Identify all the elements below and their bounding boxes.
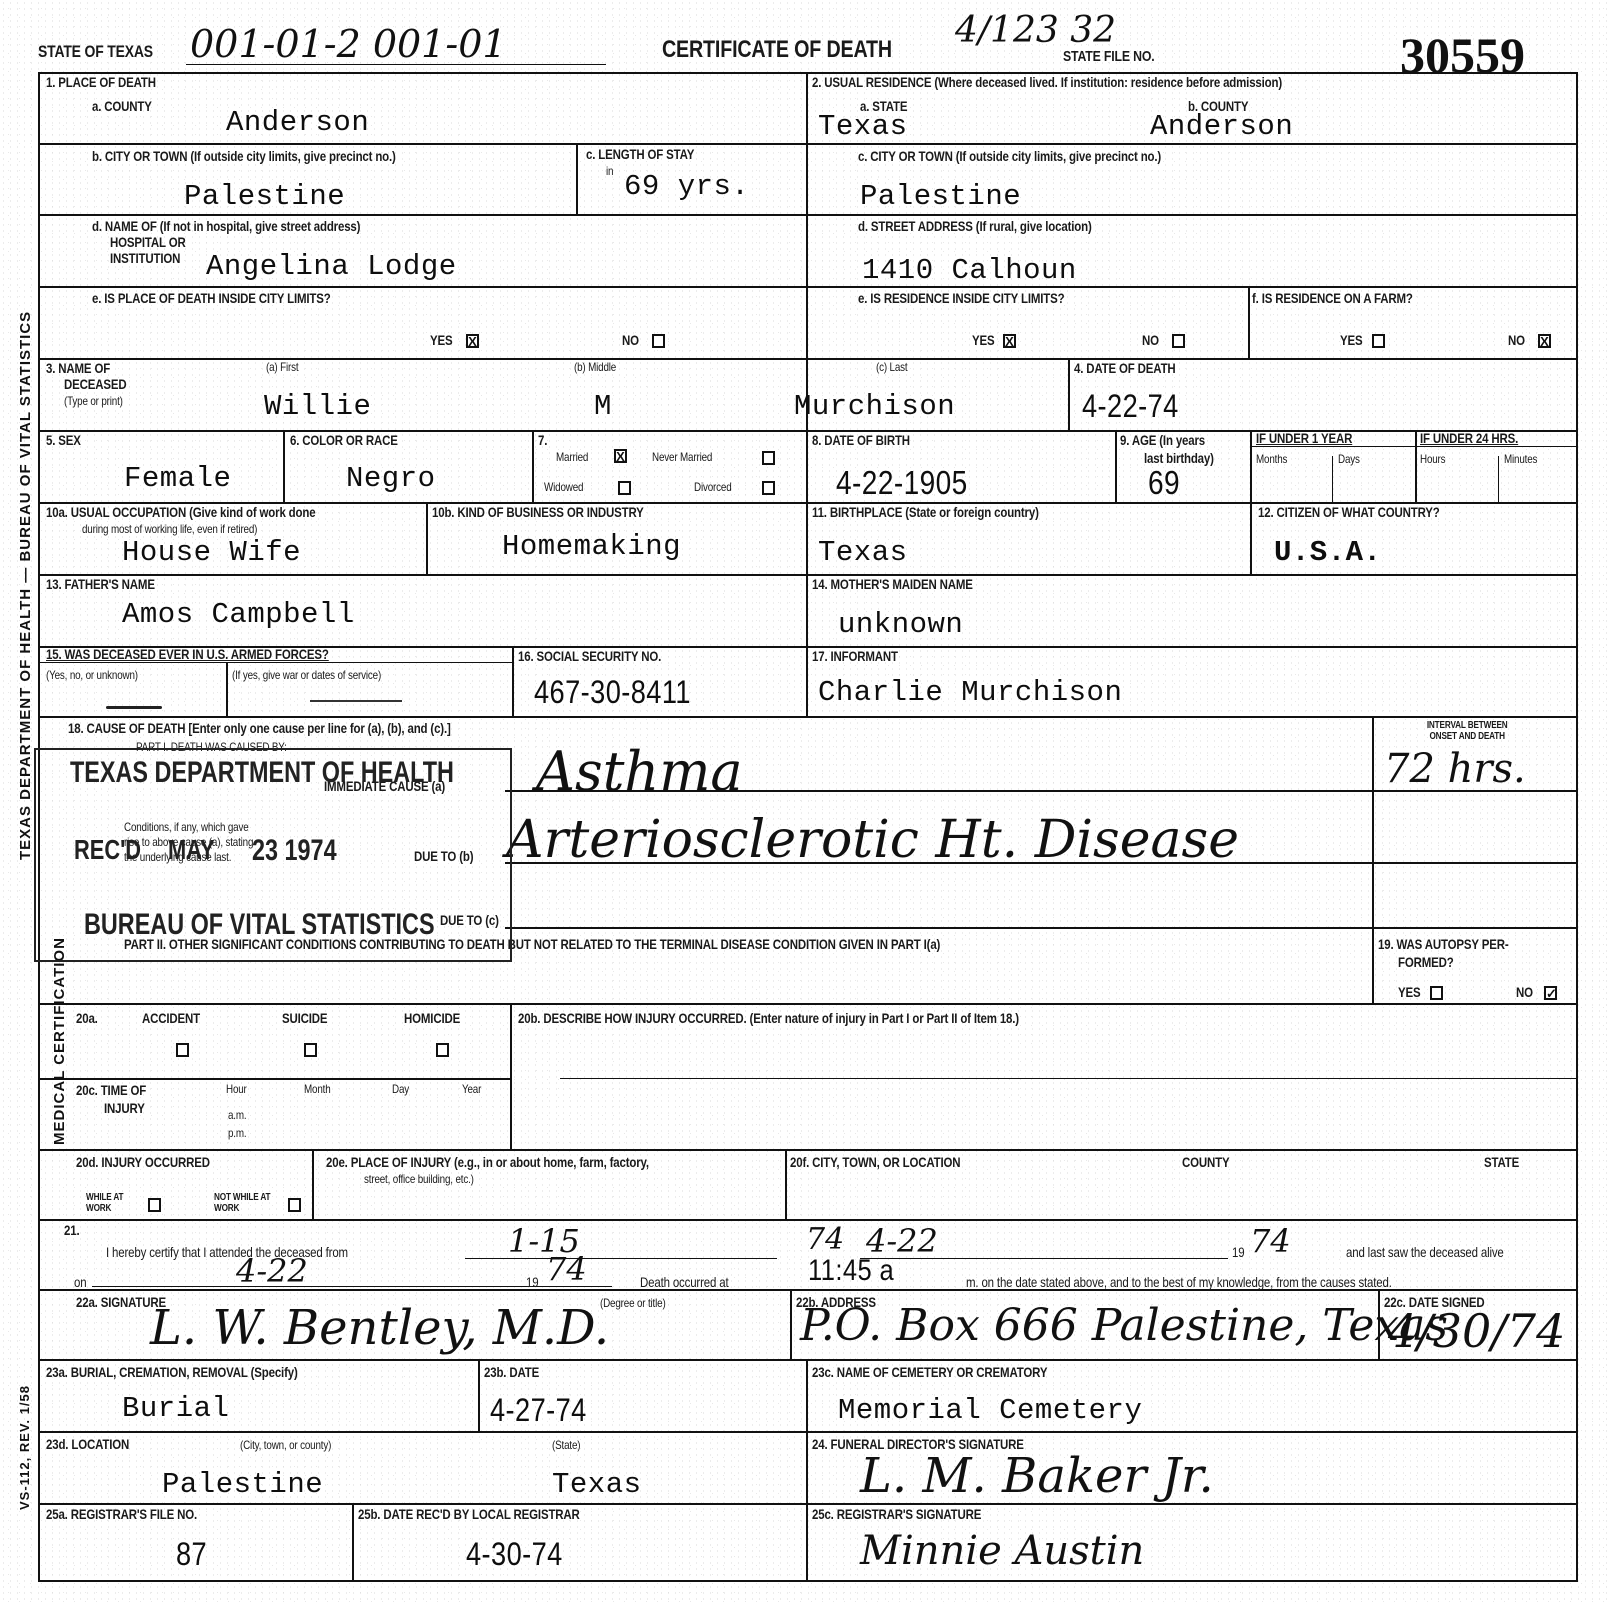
injury-state-label: STATE	[1484, 1154, 1519, 1170]
location-city-value[interactable]: Palestine	[162, 1468, 323, 1501]
never-married-checkbox[interactable]	[762, 451, 775, 465]
length-of-stay-in: in	[606, 164, 613, 178]
father-name-value[interactable]: Amos Campbell	[122, 598, 355, 631]
registrar-date-label: 25b. DATE REC'D BY LOCAL REGISTRAR	[358, 1506, 580, 1522]
married-label: Married	[556, 450, 588, 464]
year-label: Year	[462, 1082, 481, 1096]
first-name-value[interactable]: Willie	[264, 390, 371, 423]
injury-place-label-2: street, office building, etc.)	[364, 1172, 474, 1186]
residence-state-value[interactable]: Texas	[818, 110, 908, 143]
attended-from-year[interactable]: 74	[806, 1222, 844, 1257]
armed-forces-sub-2: (If yes, give war or dates of service)	[232, 668, 381, 682]
residence-farm-yes-label: YES	[1340, 332, 1362, 348]
location-city-label: (City, town, or county)	[240, 1438, 331, 1452]
residence-inside-city-yes-label: YES	[972, 332, 994, 348]
widowed-label: Widowed	[544, 480, 583, 494]
residence-farm-no-checkbox[interactable]: X	[1538, 334, 1551, 348]
certification-text-2: and last saw the deceased alive	[1346, 1244, 1504, 1260]
death-time-label: Death occurred at	[640, 1274, 728, 1290]
autopsy-no-checkbox[interactable]: ✓	[1544, 986, 1557, 1000]
registrar-signature[interactable]: Minnie Austin	[860, 1528, 1144, 1574]
days-label: Days	[1338, 452, 1360, 466]
divorced-label: Divorced	[694, 480, 732, 494]
stamp-line-3: BUREAU OF VITAL STATISTICS	[84, 908, 435, 942]
state-label: STATE OF TEXAS	[38, 42, 153, 62]
last-seen-year[interactable]: 74	[546, 1250, 587, 1288]
minutes-label: Minutes	[1504, 452, 1537, 466]
race-label: 6. COLOR OR RACE	[290, 432, 398, 448]
interval-label: INTERVAL BETWEEN ONSET AND DEATH	[1418, 720, 1516, 742]
death-city-value[interactable]: Palestine	[184, 180, 345, 213]
cemetery-label: 23c. NAME OF CEMETERY OR CREMATORY	[812, 1364, 1047, 1380]
informant-value[interactable]: Charlie Murchison	[818, 676, 1122, 709]
residence-farm-label: f. IS RESIDENCE ON A FARM?	[1252, 290, 1413, 306]
last-name-label: (c) Last	[876, 360, 908, 374]
due-to-b-value[interactable]: Arteriosclerotic Ht. Disease	[506, 810, 1239, 870]
father-name-label: 13. FATHER'S NAME	[46, 576, 155, 592]
death-inside-city-no-label: NO	[622, 332, 639, 348]
residence-inside-city-label: e. IS RESIDENCE INSIDE CITY LIMITS?	[858, 290, 1064, 306]
birthplace-label: 11. BIRTHPLACE (State or foreign country…	[812, 504, 1039, 520]
residence-farm-yes-checkbox[interactable]	[1372, 334, 1385, 348]
under-one-year-label: IF UNDER 1 YEAR	[1256, 430, 1352, 446]
on-label: on	[74, 1274, 86, 1290]
deceased-name-label: 3. NAME OF	[46, 360, 110, 376]
date-of-birth-label: 8. DATE OF BIRTH	[812, 432, 910, 448]
month-label: Month	[304, 1082, 331, 1096]
birthplace-value[interactable]: Texas	[818, 536, 908, 569]
middle-name-label: (b) Middle	[574, 360, 616, 374]
immediate-cause-value[interactable]: Asthma	[536, 740, 743, 803]
residence-street-label: d. STREET ADDRESS (If rural, give locati…	[858, 218, 1092, 234]
disposition-value[interactable]: Burial	[122, 1392, 229, 1425]
under-24-hours-label: IF UNDER 24 HRS.	[1420, 430, 1518, 446]
institution-label-3: INSTITUTION	[110, 250, 180, 266]
cause-of-death-label: 18. CAUSE OF DEATH [Enter only one cause…	[68, 720, 451, 736]
death-county-value[interactable]: Anderson	[226, 106, 369, 139]
last-name-value[interactable]: Murchison	[794, 390, 955, 423]
stamp-line-2-date: 23 1974	[252, 834, 337, 868]
while-at-work-checkbox[interactable]	[148, 1198, 161, 1212]
date-signed-value[interactable]: 4/30/74	[1388, 1304, 1565, 1358]
armed-forces-label: 15. WAS DECEASED EVER IN U.S. ARMED FORC…	[46, 646, 329, 662]
residence-county-value[interactable]: Anderson	[1150, 110, 1293, 143]
first-name-label: (a) First	[266, 360, 298, 374]
middle-name-value[interactable]: M	[594, 390, 612, 423]
divorced-checkbox[interactable]	[762, 481, 775, 495]
armed-forces-sub-1: (Yes, no, or unknown)	[46, 668, 138, 682]
am-label: a.m.	[228, 1108, 246, 1122]
degree-label: (Degree or title)	[600, 1296, 666, 1310]
residence-inside-city-no-label: NO	[1142, 332, 1159, 348]
registrar-signature-label: 25c. REGISTRAR'S SIGNATURE	[812, 1506, 981, 1522]
age-value[interactable]: 69	[1148, 464, 1180, 502]
while-at-work-label: WHILE AT WORK	[86, 1192, 137, 1214]
sex-value[interactable]: Female	[124, 462, 231, 495]
interval-value[interactable]: 72 hrs.	[1384, 746, 1526, 792]
certification-text-3: m. on the date stated above, and to the …	[966, 1274, 1392, 1290]
death-inside-city-no-checkbox[interactable]	[652, 334, 665, 348]
homicide-label: HOMICIDE	[404, 1010, 460, 1026]
accident-label: ACCIDENT	[142, 1010, 200, 1026]
last-seen-year-prefix: 19	[526, 1274, 538, 1290]
race-value[interactable]: Negro	[346, 462, 436, 495]
injury-type-label: 20a.	[76, 1010, 98, 1026]
widowed-checkbox[interactable]	[618, 481, 631, 495]
death-time-value[interactable]: 11:45 a	[808, 1254, 894, 1288]
institution-value[interactable]: Angelina Lodge	[206, 250, 457, 283]
attended-to-year[interactable]: 74	[1250, 1222, 1291, 1260]
residence-label: 2. USUAL RESIDENCE (Where deceased lived…	[812, 74, 1282, 90]
certificate-title: CERTIFICATE OF DEATH	[662, 36, 892, 64]
informant-label: 17. INFORMANT	[812, 648, 898, 664]
not-while-at-work-checkbox[interactable]	[288, 1198, 301, 1212]
hour-label: Hour	[226, 1082, 247, 1096]
death-inside-city-yes-checkbox[interactable]: X	[466, 334, 479, 348]
residence-inside-city-yes-checkbox[interactable]: X	[1003, 334, 1016, 348]
never-married-label: Never Married	[652, 450, 712, 464]
death-inside-city-label: e. IS PLACE OF DEATH INSIDE CITY LIMITS?	[92, 290, 331, 306]
institution-label: d. NAME OF (If not in hospital, give str…	[92, 218, 360, 234]
injury-place-label: 20e. PLACE OF INJURY (e.g., in or about …	[326, 1154, 649, 1170]
cemetery-value[interactable]: Memorial Cemetery	[838, 1394, 1142, 1427]
autopsy-no-label: NO	[1516, 984, 1533, 1000]
citizen-value[interactable]: U.S.A.	[1274, 536, 1381, 569]
certification-text-1: I hereby certify that I attended the dec…	[106, 1244, 348, 1260]
homicide-checkbox[interactable]	[436, 1043, 449, 1057]
suicide-checkbox[interactable]	[304, 1043, 317, 1057]
mother-name-value[interactable]: unknown	[838, 608, 963, 641]
funeral-director-signature[interactable]: L. M. Baker Jr.	[860, 1448, 1214, 1504]
registrar-file-value[interactable]: 87	[176, 1536, 207, 1573]
ssn-label: 16. SOCIAL SECURITY NO.	[518, 648, 661, 664]
day-label: Day	[392, 1082, 409, 1096]
certification-number-label: 21.	[64, 1222, 79, 1238]
to-year-prefix: 19	[1232, 1244, 1244, 1260]
married-checkbox[interactable]: X	[614, 449, 627, 463]
registrar-date-value[interactable]: 4-30-74	[466, 1536, 563, 1573]
death-city-label: b. CITY OR TOWN (If outside city limits,…	[92, 148, 396, 164]
stamp-line-1: TEXAS DEPARTMENT OF HEALTH	[70, 756, 454, 790]
place-of-death-label: 1. PLACE OF DEATH	[46, 74, 156, 90]
length-of-stay-value[interactable]: 69 yrs.	[624, 170, 749, 203]
months-label: Months	[1256, 452, 1287, 466]
marital-status-label: 7.	[538, 432, 547, 448]
injury-description-label: 20b. DESCRIBE HOW INJURY OCCURRED. (Ente…	[518, 1010, 1019, 1026]
business-label: 10b. KIND OF BUSINESS OR INDUSTRY	[432, 504, 644, 520]
residence-inside-city-no-checkbox[interactable]	[1172, 334, 1185, 348]
suicide-label: SUICIDE	[282, 1010, 327, 1026]
citizen-label: 12. CITIZEN OF WHAT COUNTRY?	[1258, 504, 1440, 520]
disposition-label: 23a. BURIAL, CREMATION, REMOVAL (Specify…	[46, 1364, 298, 1380]
armed-service-dash	[310, 700, 402, 702]
pm-label: p.m.	[228, 1126, 246, 1140]
death-county-label: a. COUNTY	[92, 98, 152, 114]
accident-checkbox[interactable]	[176, 1043, 189, 1057]
injury-time-label: 20c. TIME OF	[76, 1082, 146, 1098]
injury-city-label: 20f. CITY, TOWN, OR LOCATION	[790, 1154, 960, 1170]
stamp-line-2-month: MAY	[168, 834, 215, 866]
not-while-at-work-label: NOT WHILE AT WORK	[214, 1192, 271, 1214]
state-file-label: STATE FILE NO.	[1063, 48, 1155, 65]
institution-label-2: HOSPITAL OR	[110, 234, 186, 250]
injury-occurred-label: 20d. INJURY OCCURRED	[76, 1154, 210, 1170]
autopsy-label: 19. WAS AUTOPSY PER-	[1378, 936, 1508, 952]
residence-farm-no-label: NO	[1508, 332, 1525, 348]
handwritten-ref: 4/123 32	[955, 10, 1116, 51]
injury-county-label: COUNTY	[1182, 1154, 1229, 1170]
burial-date-label: 23b. DATE	[484, 1364, 539, 1380]
physician-signature[interactable]: L. W. Bentley, M.D.	[150, 1300, 609, 1356]
residence-city-value[interactable]: Palestine	[860, 180, 1021, 213]
side-label-form-number: VS-112, REV. 1/58	[17, 1385, 32, 1510]
location-state-value[interactable]: Texas	[552, 1468, 642, 1501]
date-of-death-label: 4. DATE OF DEATH	[1074, 360, 1176, 376]
occupation-label: 10a. USUAL OCCUPATION (Give kind of work…	[46, 504, 315, 520]
mother-name-label: 14. MOTHER'S MAIDEN NAME	[812, 576, 973, 592]
date-of-birth-value[interactable]: 4-22-1905	[836, 464, 968, 502]
deceased-name-label-2: DECEASED	[64, 376, 126, 392]
ssn-value[interactable]: 467-30-8411	[534, 674, 691, 711]
injury-time-label-2: INJURY	[104, 1100, 145, 1116]
autopsy-yes-checkbox[interactable]	[1430, 986, 1443, 1000]
location-label: 23d. LOCATION	[46, 1436, 129, 1452]
death-inside-city-yes-label: YES	[430, 332, 452, 348]
occupation-value[interactable]: House Wife	[122, 536, 301, 569]
age-label: 9. AGE (In years	[1120, 432, 1205, 448]
length-of-stay-label: c. LENGTH OF STAY	[586, 146, 694, 162]
occupation-label-2: during most of working life, even if ret…	[82, 522, 257, 536]
business-value[interactable]: Homemaking	[502, 530, 681, 563]
autopsy-label-2: FORMED?	[1398, 954, 1454, 970]
registrar-file-label: 25a. REGISTRAR'S FILE NO.	[46, 1506, 197, 1522]
armed-forces-dash	[106, 706, 162, 709]
residence-street-value[interactable]: 1410 Calhoun	[862, 254, 1077, 287]
side-label-department: TEXAS DEPARTMENT OF HEALTH — BUREAU OF V…	[17, 311, 34, 860]
burial-date-value[interactable]: 4-27-74	[490, 1392, 587, 1429]
sex-label: 5. SEX	[46, 432, 81, 448]
stamp-line-2-prefix: REC'D	[74, 834, 141, 866]
location-state-label: (State)	[552, 1438, 580, 1452]
date-of-death-value[interactable]: 4-22-74	[1082, 388, 1179, 425]
residence-city-label: c. CITY OR TOWN (If outside city limits,…	[858, 148, 1161, 164]
deceased-name-label-3: (Type or print)	[64, 394, 123, 408]
hours-label: Hours	[1420, 452, 1445, 466]
autopsy-yes-label: YES	[1398, 984, 1420, 1000]
last-seen-date[interactable]: 4-22	[236, 1252, 308, 1290]
handwritten-code: 001-01-2 001-01	[190, 22, 507, 66]
physician-address[interactable]: P.O. Box 666 Palestine, Texas	[800, 1300, 1448, 1351]
